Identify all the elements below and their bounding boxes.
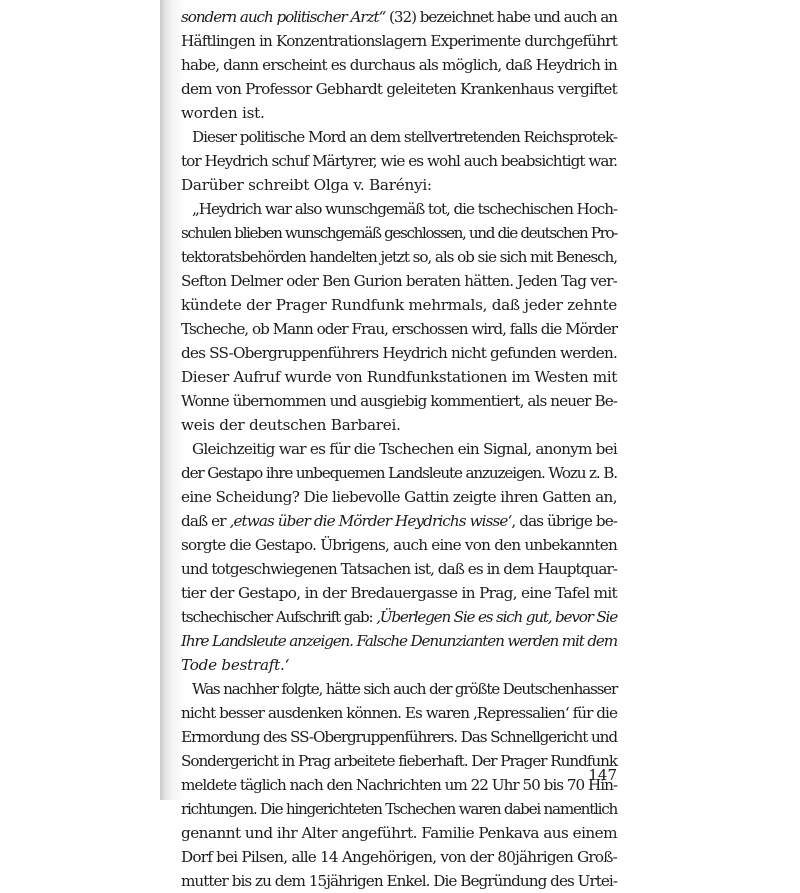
text-segment: tektoratsbehörden handelten jetzt so, al… [181,248,617,266]
italic-text-segment: sondern auch politischer Arzt“ [181,8,385,26]
text-line: Ermordung des SS-Obergruppenführers. Das… [181,725,617,749]
text-line: Gleichzeitig war es für die Tschechen ei… [181,437,617,461]
text-segment: habe, dann erscheint es durchaus als mög… [181,56,617,74]
text-line: tier der Gestapo, in der Bredauergasse i… [181,581,617,605]
text-line: Wonne übernommen und ausgiebig kommentie… [181,389,617,413]
text-line: Dieser politische Mord an dem stellvertr… [181,125,617,149]
italic-text-segment: ‚etwas über die Mörder Heydrichs wisse‘ [230,512,512,530]
text-segment: kündete der Prager Rundfunk mehrmals, da… [181,296,617,314]
text-segment: , das übrige be- [511,512,617,530]
italic-text-segment: Ihre Landsleute anzeigen. Falsche Denunz… [181,632,617,650]
text-line: des SS-Obergruppenführers Heydrich nicht… [181,341,617,365]
text-segment: „Heydrich war also wunschgemäß tot, die … [192,200,617,218]
text-line: Sondergericht in Prag arbeitete fieberha… [181,749,617,773]
text-segment: nicht besser ausdenken können. Es waren … [181,704,617,722]
page-number: 147 [583,766,617,784]
text-line: Häftlingen in Konzentrationslagern Exper… [181,29,617,53]
text-line: Dieser Aufruf wurde von Rundfunkstatione… [181,365,617,389]
text-segment: tor Heydrich schuf Märtyrer, wie es wohl… [181,152,617,170]
text-line: „Heydrich war also wunschgemäß tot, die … [181,197,617,221]
text-segment: tier der Gestapo, in der Bredauergasse i… [181,584,617,602]
text-line: dem von Professor Gebhardt geleiteten Kr… [181,77,617,101]
text-segment: (32) bezeichnet habe und auch an [385,8,617,26]
text-segment: des SS-Obergruppenführers Heydrich nicht… [181,344,617,362]
text-segment: Dieser Aufruf wurde von Rundfunkstatione… [181,368,617,386]
italic-text-segment: Tode bestraft.‘ [181,656,289,674]
text-line: eine Scheidung? Die liebevolle Gattin ze… [181,485,617,509]
text-segment: schulen blieben wunschgemäß geschlossen,… [181,224,617,242]
text-segment: Tscheche, ob Mann oder Frau, erschossen … [181,320,617,338]
text-segment: Dieser politische Mord an dem stellvertr… [192,128,617,146]
text-segment: weis der deutschen Barbarei. [181,416,401,434]
text-line: und totgeschwiegenen Tatsachen ist, daß … [181,557,617,581]
text-segment: Was nachher folgte, hätte sich auch der … [192,680,617,698]
text-segment: worden ist. [181,104,265,122]
text-line: Tode bestraft.‘ [181,653,617,677]
text-segment: Darüber schreibt Olga v. Barényi: [181,176,432,194]
text-line: tschechischer Aufschrift gab: ‚Überlegen… [181,605,617,629]
text-line: der Gestapo ihre unbequemen Landsleute a… [181,461,617,485]
text-line: weis der deutschen Barbarei. [181,413,617,437]
text-segment: Sondergericht in Prag arbeitete fieberha… [181,752,617,770]
italic-text-segment: ‚Überlegen Sie es sich gut, bevor Sie [376,608,617,626]
text-segment: und totgeschwiegenen Tatsachen ist, daß … [181,560,617,578]
text-segment: daß er [181,512,230,530]
text-line: kündete der Prager Rundfunk mehrmals, da… [181,293,617,317]
text-line: worden ist. [181,101,617,125]
book-page: sondern auch politischer Arzt“ (32) beze… [160,0,800,800]
text-line: tektoratsbehörden handelten jetzt so, al… [181,245,617,269]
text-line: tor Heydrich schuf Märtyrer, wie es wohl… [181,149,617,173]
text-segment: Häftlingen in Konzentrationslagern Exper… [181,32,617,50]
text-line: Ihre Landsleute anzeigen. Falsche Denunz… [181,629,617,653]
text-line: Darüber schreibt Olga v. Barényi: [181,173,617,197]
text-segment: Gleichzeitig war es für die Tschechen ei… [192,440,617,458]
body-text: sondern auch politischer Arzt“ (32) beze… [181,5,617,800]
text-line: Tscheche, ob Mann oder Frau, erschossen … [181,317,617,341]
text-line: schulen blieben wunschgemäß geschlossen,… [181,221,617,245]
text-segment: Wonne übernommen und ausgiebig kommentie… [181,392,617,410]
text-segment: dem von Professor Gebhardt geleiteten Kr… [181,80,617,98]
text-line: habe, dann erscheint es durchaus als mög… [181,53,617,77]
text-segment: meldete täglich nach den Nachrichten um … [181,776,617,794]
text-segment: der Gestapo ihre unbequemen Landsleute a… [181,464,617,482]
text-line: sorgte die Gestapo. Übrigens, auch eine … [181,533,617,557]
text-line: nicht besser ausdenken können. Es waren … [181,701,617,725]
text-segment: Ermordung des SS-Obergruppenführers. Das… [181,728,617,746]
text-line: Sefton Delmer oder Ben Gurion beraten hä… [181,269,617,293]
text-segment: sorgte die Gestapo. Übrigens, auch eine … [181,536,617,554]
text-segment: eine Scheidung? Die liebevolle Gattin ze… [181,488,617,506]
text-segment: tschechischer Aufschrift gab: [181,608,376,626]
text-line: Was nachher folgte, hätte sich auch der … [181,677,617,701]
text-line: meldete täglich nach den Nachrichten um … [181,773,617,797]
text-segment: Sefton Delmer oder Ben Gurion beraten hä… [181,272,617,290]
text-line: daß er ‚etwas über die Mörder Heydrichs … [181,509,617,533]
text-line: sondern auch politischer Arzt“ (32) beze… [181,5,617,29]
